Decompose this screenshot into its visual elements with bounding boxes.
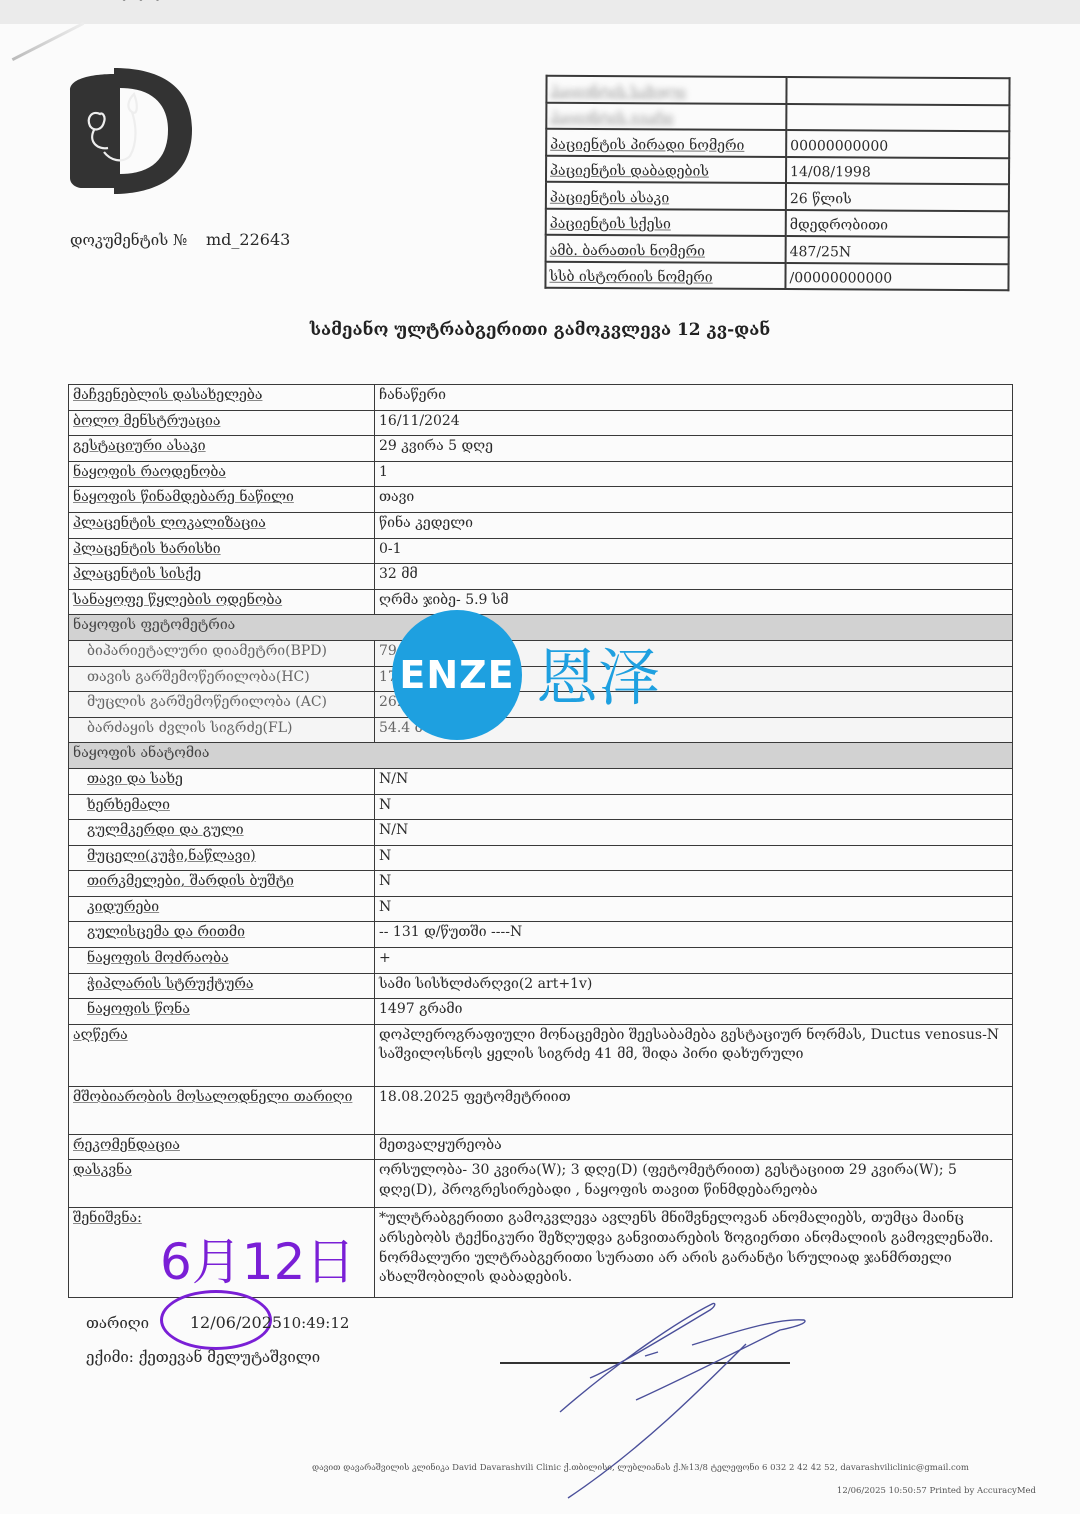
field-value: + [375,948,1013,974]
anatomy-row: გულმკერდი და გულიN/N [69,820,1013,846]
general-row: ბოლო მენსტრუაცია16/11/2024 [69,410,1013,436]
enze-watermark-logo: ENZE [392,610,522,740]
due-date-row: მშობიარობის მოსალოდნელი თარიღი18.08.2025… [69,1086,1013,1134]
time-value: 10:49:12 [282,1314,349,1332]
signoff-date: თარიღი 12/06/202510:49:12 [86,1313,349,1332]
anatomy-row: თირკმელები, შარდის ბუშტიN [69,871,1013,897]
field-label: პლაცენტის ლოკალიზაცია [69,512,375,538]
field-label: ნაყოფის წონა [69,999,375,1025]
patient-field-label: პაციენტის დაბადების [546,155,786,183]
section-header: ნაყოფის ანატომია [69,743,1013,769]
field-label: მაჩვენებლის დასახელება [69,385,375,411]
field-value: დოპლეროგრაფიული მონაცემები შეესაბამება გ… [375,1024,1013,1086]
anatomy-row: კიდურებიN [69,896,1013,922]
general-row: პლაცენტის სისქე32 მმ [69,564,1013,590]
field-label: აღწერა [69,1024,375,1086]
patient-field-value [786,77,1009,105]
field-value: 1 [375,461,1013,487]
description-line: დოპლეროგრაფიული მონაცემები შეესაბამება გ… [379,1026,1008,1046]
patient-row: პაციენტის პირადი ნომერი00000000000 [546,129,1009,158]
patient-row: პაციენტის გვარი [546,102,1009,131]
field-label: თავის გარშემოწერილობა(HC) [69,666,375,692]
field-value: N/N [375,820,1013,846]
field-value: N [375,845,1013,871]
anatomy-section: ნაყოფის ანატომია [69,743,1013,769]
general-row: სანაყოფე წყლების ოდენობაღრმა ჯიბე- 5.9 ს… [69,589,1013,615]
patient-field-label: ამბ. ბარათის ნომერი [546,235,786,263]
field-value: 18.08.2025 ფეტომეტრიით [375,1086,1013,1134]
field-label: კიდურები [69,896,375,922]
field-label: ჭიპლარის სტრუქტურა [69,973,375,999]
patient-row: პაციენტის ასაკი26 წლის [546,182,1009,211]
patient-field-value: 26 წლის [786,183,1009,211]
conclusion-row: დასკვნაორსულობა- 30 კვირა(W); 3 დღე(D) (… [69,1160,1013,1208]
document-number-label: დოკუმენტის № [70,231,187,249]
date-label: თარიღი [86,1314,149,1332]
field-value: ორსულობა- 30 კვირა(W); 3 დღე(D) (ფეტომეტ… [375,1160,1013,1208]
field-label: ნაყოფის წინამდებარე ნაწილი [69,487,375,513]
doctor-name: ქეთევან მელუტაშვილი [139,1348,321,1366]
anatomy-row: მუცელი(კუჭი,ნაწლავი)N [69,845,1013,871]
patient-field-value: მდედრობითი [786,210,1009,238]
patient-field-value [786,104,1009,132]
patient-row: პაციენტის დაბადების14/08/1998 [546,155,1009,184]
field-label: რეკომენდაცია [69,1134,375,1160]
description-row: აღწერადოპლეროგრაფიული მონაცემები შეესაბა… [69,1024,1013,1086]
field-value: 16/11/2024 [375,410,1013,436]
field-value: მეთვალყურეობა [375,1134,1013,1160]
anatomy-row: ხერხემალიN [69,794,1013,820]
handwritten-date-annotation: 6月12日 [160,1222,355,1294]
field-value: თავი [375,487,1013,513]
field-label: მუცლის გარშემოწერილობა (AC) [69,692,375,718]
field-value: N [375,794,1013,820]
patient-row: პაციენტის სქესიმდედრობითი [546,208,1009,237]
field-label: დასკვნა [69,1160,375,1208]
recommendation-row: რეკომენდაციამეთვალყურეობა [69,1134,1013,1160]
enze-watermark-chinese: 恩泽 [536,628,660,717]
field-value: 0-1 [375,538,1013,564]
anatomy-row: ნაყოფის მოძრაობა+ [69,948,1013,974]
patient-field-label: პაციენტის პირადი ნომერი [546,129,786,157]
document-number-value: md_22643 [206,230,290,249]
field-label: ბიპარიეტალური დიამეტრი(BPD) [69,640,375,666]
patient-field-value: 14/08/1998 [786,157,1009,185]
patient-field-label: პაციენტის ასაკი [546,182,786,210]
field-value: N [375,896,1013,922]
patient-field-value: 487/25N [786,236,1009,264]
exam-results-table: მაჩვენებლის დასახელებაჩანაწერიბოლო მენსტ… [68,384,1013,1298]
general-row: მაჩვენებლის დასახელებაჩანაწერი [69,385,1013,411]
anatomy-row: გულისცემა და რითმი-- 131 დ/წუთში ----N [69,922,1013,948]
date-value: 12/06/2025 [190,1313,282,1332]
patient-field-label: პაციენტის სქესი [546,208,786,236]
anatomy-row: ნაყოფის წონა1497 გრამი [69,999,1013,1025]
patient-field-label: პაციენტის სახელი [546,76,786,104]
print-footer: 12/06/2025 10:50:57 Printed by AccuracyM… [837,1486,1036,1496]
field-value: 32 მმ [375,564,1013,590]
signature-icon [480,1290,840,1510]
anatomy-row: ჭიპლარის სტრუქტურასამი სისხლძარღვი(2 art… [69,973,1013,999]
patient-row: სსბ ისტორიის ნომერი/00000000000 [545,261,1008,290]
clinic-logo-icon [64,60,196,200]
anatomy-row: თავი და სახეN/N [69,768,1013,794]
field-value: ჩანაწერი [375,385,1013,411]
field-value: *ულტრაბგერითი გამოკვლევა ავლენს მნიშვნელ… [375,1208,1013,1298]
general-row: გესტაციური ასაკი29 კვირა 5 დღე [69,436,1013,462]
field-label: სანაყოფე წყლების ოდენობა [69,589,375,615]
document-number: დოკუმენტის № md_22643 [70,230,290,249]
field-value: სამი სისხლძარღვი(2 art+1v) [375,973,1013,999]
cropped-header-text: • • • [120,0,164,8]
patient-field-value: 00000000000 [786,130,1009,158]
fetometry-row: ბარძაყის ძვლის სიგრძე(FL)54.4 მმ [69,717,1013,743]
field-label: პლაცენტის სისქე [69,564,375,590]
field-value: წინა კედელი [375,512,1013,538]
field-label: გულისცემა და რითმი [69,922,375,948]
patient-field-value: /00000000000 [785,263,1008,291]
field-label: გულმკერდი და გული [69,820,375,846]
field-label: პლაცენტის ხარისხი [69,538,375,564]
patient-info-table: პაციენტის სახელი პაციენტის გვარი პაციენტ… [544,75,1010,291]
field-label: თავი და სახე [69,768,375,794]
field-label: მშობიარობის მოსალოდნელი თარიღი [69,1086,375,1134]
field-label: ბოლო მენსტრუაცია [69,410,375,436]
field-value: 1497 გრამი [375,999,1013,1025]
field-value: 29 კვირა 5 დღე [375,436,1013,462]
doctor-label: ექიმი: [86,1348,134,1366]
general-row: პლაცენტის ლოკალიზაციაწინა კედელი [69,512,1013,538]
description-line: საშვილოსნოს ყელის სიგრძე 41 მმ, შიდა პირ… [379,1045,1008,1065]
field-value: N/N [375,768,1013,794]
document-title: სამეანო ულტრაბგერითი გამოკვლევა 12 კვ-და… [0,320,1080,340]
general-row: პლაცენტის ხარისხი0-1 [69,538,1013,564]
field-label: ბარძაყის ძვლის სიგრძე(FL) [69,717,375,743]
field-label: ნაყოფის მოძრაობა [69,948,375,974]
general-row: ნაყოფის წინამდებარე ნაწილითავი [69,487,1013,513]
field-label: გესტაციური ასაკი [69,436,375,462]
patient-row: პაციენტის სახელი [546,76,1009,105]
clinic-footer: დავით დავარაშვილის კლინიკა David Davaras… [312,1463,969,1473]
top-bar: • • • [0,0,1080,24]
field-value: N [375,871,1013,897]
field-label: ნაყოფის რაოდენობა [69,461,375,487]
general-row: ნაყოფის რაოდენობა1 [69,461,1013,487]
patient-field-label: სსბ ისტორიის ნომერი [545,261,785,289]
field-value: -- 131 დ/წუთში ----N [375,922,1013,948]
patient-field-label: პაციენტის გვარი [546,102,786,130]
signoff-doctor: ექიმი: ქეთევან მელუტაშვილი [86,1348,320,1366]
patient-row: ამბ. ბარათის ნომერი487/25N [546,235,1009,264]
field-label: მუცელი(კუჭი,ნაწლავი) [69,845,375,871]
field-label: თირკმელები, შარდის ბუშტი [69,871,375,897]
field-label: ხერხემალი [69,794,375,820]
